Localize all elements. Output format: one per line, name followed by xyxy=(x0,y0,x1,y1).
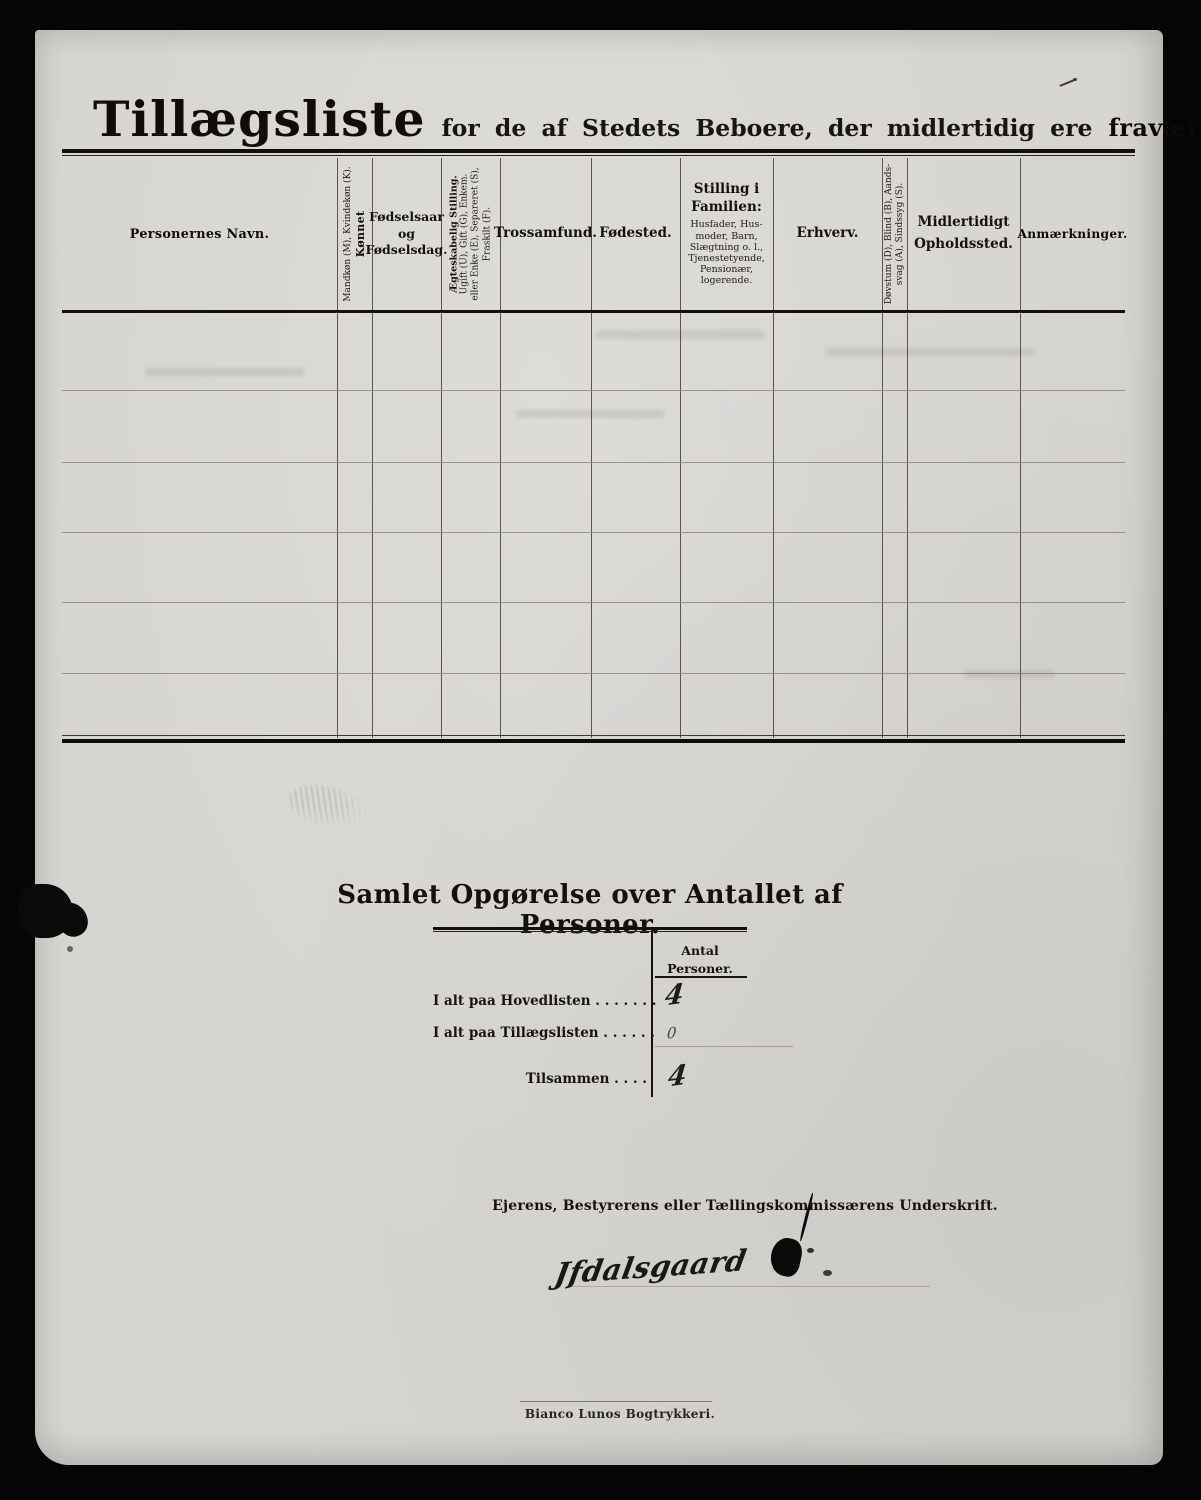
title-emphasis: fraværende. xyxy=(1108,113,1201,142)
table-bottom-rule-thick xyxy=(62,739,1125,743)
column-header-label: Personernes Navn. xyxy=(130,227,269,242)
summary-rule-thin xyxy=(433,931,747,932)
column-header-label: Ægteskabelig Stilling. xyxy=(448,175,459,292)
header-cell-temporary-residence: Midlertidigt Opholdssted. xyxy=(907,158,1020,310)
column-header-sub: eller Enke (E), Separeret (S), xyxy=(470,167,481,300)
column-header-label: Trossamfund. xyxy=(494,225,597,243)
header-cell-disabilities: Døvstum (D), Blind (B), Aands- svag (A),… xyxy=(882,158,907,310)
column-header-sub: Husfader, Hus- moder, Barn, Slægtning o.… xyxy=(688,219,765,286)
column-header-label: Fødselsaar og Fødselsdag. xyxy=(366,209,448,260)
rotated-header: Døvstum (D), Blind (B), Aands- svag (A),… xyxy=(883,159,906,309)
summary-col-header-underline xyxy=(655,976,747,978)
bleedthrough-smudge xyxy=(825,348,1035,356)
column-header-sub: Ugift (U), Gift (G), Enkem. xyxy=(459,174,470,295)
header-cell-remarks: Anmærkninger. xyxy=(1020,158,1125,310)
ink-blob xyxy=(767,1235,804,1278)
header-cell-birth: Fødselsaar og Fødselsdag. xyxy=(372,158,441,310)
header-cell-birthplace: Fødested. xyxy=(591,158,680,310)
header-cell-faith: Trossamfund. xyxy=(500,158,591,310)
column-header-label: svag (A), Sindssyg (S). xyxy=(895,183,906,286)
signature-handwriting: Jfdalsgaard xyxy=(552,1243,749,1291)
summary-row-value: 4 xyxy=(663,978,685,1012)
title-rule xyxy=(62,149,1135,156)
table-row-line xyxy=(62,602,1125,603)
ink-dot xyxy=(67,946,73,952)
scanned-census-page: Tillægsliste for de af Stedets Beboere, … xyxy=(35,30,1163,1465)
column-header-sub: Fraskilt (F). xyxy=(482,207,493,261)
summary-row-label: I alt paa Tillægslisten . . . . . . xyxy=(433,1025,655,1041)
table-bottom-rule-thin xyxy=(62,735,1125,736)
header-bottom-rule xyxy=(62,310,1125,313)
pen-mark-dot xyxy=(1073,78,1077,81)
summary-row-label: I alt paa Hovedlisten . . . . . . . xyxy=(433,993,656,1009)
bleedthrough-smudge xyxy=(595,330,765,339)
rotated-header: Ægteskabelig Stilling. Ugift (U), Gift (… xyxy=(448,159,493,309)
bleedthrough-smudge xyxy=(145,368,305,376)
summary-row-value: 0 xyxy=(666,1023,677,1042)
summary-top-rule xyxy=(433,927,747,932)
ink-dot xyxy=(823,1270,832,1276)
column-header-label: Erhverv. xyxy=(797,225,859,243)
summary-mid-line xyxy=(655,1046,793,1047)
column-header-label: Fødested. xyxy=(599,225,671,243)
rotated-header: Mandkøn (M), Kvindekøn (K). Kønnet xyxy=(342,159,366,309)
page-title: Tillægsliste for de af Stedets Beboere, … xyxy=(93,90,1109,148)
signature-label: Ejerens, Bestyrerens eller Tællingskommi… xyxy=(415,1198,1075,1214)
bleedthrough-smudge xyxy=(965,670,1055,678)
title-rule-thin xyxy=(62,155,1135,157)
title-main: Tillægsliste xyxy=(93,90,426,148)
table-row-line xyxy=(62,390,1125,391)
ink-dot xyxy=(807,1248,814,1253)
header-cell-family-position: Stilling i Familien: Husfader, Hus- mode… xyxy=(680,158,773,310)
header-cell-marital: Ægteskabelig Stilling. Ugift (U), Gift (… xyxy=(441,158,500,310)
bleedthrough-smudge xyxy=(515,410,665,418)
summary-row-value: 4 xyxy=(666,1059,688,1093)
column-header-label: Midlertidigt Opholdssted. xyxy=(914,212,1013,255)
column-header-sub: Mandkøn (M), Kvindekøn (K). xyxy=(342,166,353,301)
signature-line xyxy=(570,1286,930,1287)
title-subtitle: for de af Stedets Beboere, der midlertid… xyxy=(442,114,1093,142)
printer-imprint: Bianco Lunos Bogtrykkeri. xyxy=(490,1407,750,1421)
pen-mark xyxy=(1057,76,1083,94)
column-header-label: Stilling i Familien: xyxy=(691,181,762,216)
column-header-label: Anmærkninger. xyxy=(1017,227,1127,241)
footer-rule xyxy=(520,1401,712,1402)
table-row-line xyxy=(62,462,1125,463)
table-row-line xyxy=(62,532,1125,533)
header-cell-occupation: Erhverv. xyxy=(773,158,882,310)
column-header-label: Døvstum (D), Blind (B), Aands- xyxy=(883,164,894,304)
summary-row-label: Tilsammen . . . . xyxy=(433,1071,647,1087)
header-cell-name: Personernes Navn. xyxy=(62,158,337,310)
pencil-scribble xyxy=(283,777,373,838)
summary-col-header: Antal Personer. xyxy=(653,942,747,978)
